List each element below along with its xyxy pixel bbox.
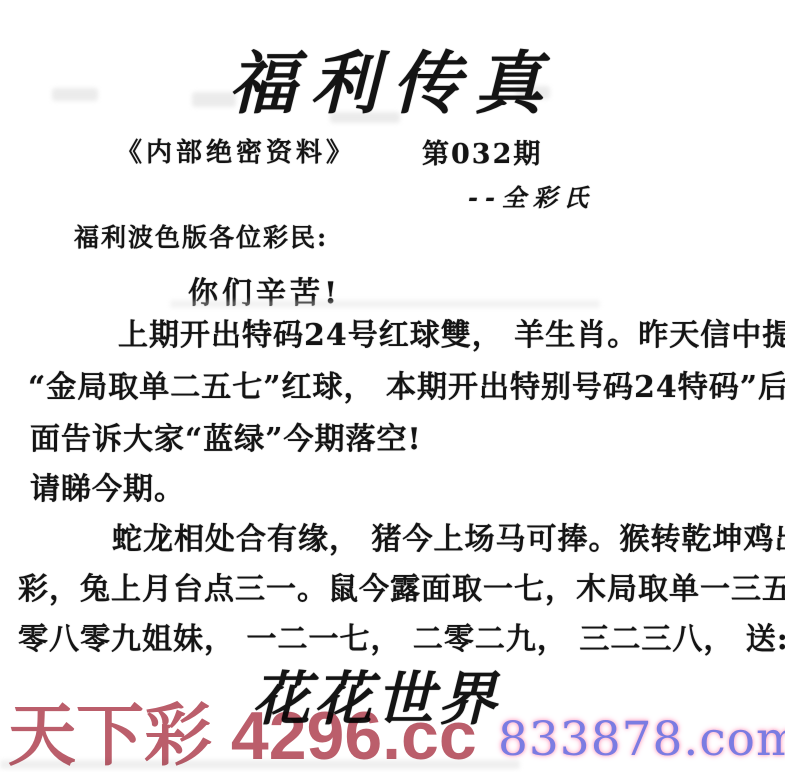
body-line-3: 面告诉大家“蓝绿”今期落空! [30, 414, 422, 458]
source-label: 《内部绝密资料》 [116, 132, 356, 169]
scan-artifact [170, 300, 600, 308]
issue-number: 第032期 [422, 132, 542, 171]
body-line-2: “金局取单二五七”红球， 本期开出特别号码24特码”后 [28, 362, 785, 406]
body-line-5: 蛇龙相处合有缘， 猪今上场马可捧。猴转乾坤鸡出 [112, 514, 785, 558]
watermark-site-right: 833878.com [498, 712, 785, 767]
salutation: 福利波色版各位彩民: [74, 218, 328, 254]
author-signature: --全彩氏 [468, 178, 595, 213]
body-line-1: 上期开出特码24号红球雙， 羊生肖。昨天信中提供 [118, 310, 785, 354]
body-line-4: 请睇今期。 [30, 464, 185, 508]
document-title: 福利传真 [0, 30, 785, 127]
body-line-6: 彩，兔上月台点三一。鼠今露面取一七，木局取单一三五。 [18, 564, 785, 608]
watermark-site-left: 天下彩 4296.cc [8, 682, 477, 772]
fax-document-page: 福利传真 《内部绝密资料》 第032期 --全彩氏 福利波色版各位彩民: 你们辛… [0, 0, 785, 772]
